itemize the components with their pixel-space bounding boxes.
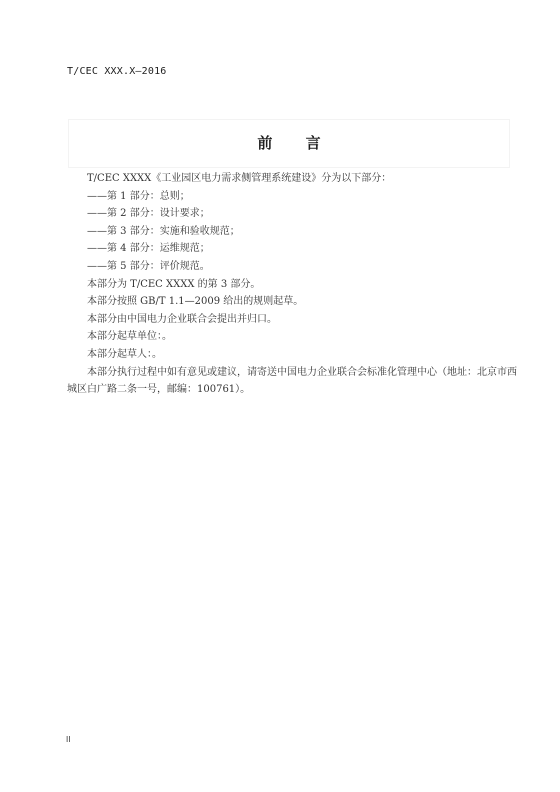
title-box: 前 言	[68, 119, 510, 168]
page-title: 前 言	[69, 132, 509, 153]
paragraph-drafters: 本部分起草人：。	[67, 346, 517, 364]
list-item-part-3: ——第 3 部分：实施和验收规范；	[67, 223, 517, 241]
document-code-header: T/CEC XXX.X—2016	[67, 66, 167, 77]
list-item-part-2: ——第 2 部分：设计要求；	[67, 205, 517, 223]
paragraph-part-statement: 本部分为 T/CEC XXXX 的第 3 部分。	[67, 276, 517, 294]
paragraph-drafting-unit: 本部分起草单位：。	[67, 328, 517, 346]
foreword-body: T/CEC XXXX《工业园区电力需求侧管理系统建设》分为以下部分： ——第 1…	[67, 170, 517, 399]
paragraph-proposer: 本部分由中国电力企业联合会提出并归口。	[67, 311, 517, 329]
paragraph-intro: T/CEC XXXX《工业园区电力需求侧管理系统建设》分为以下部分：	[67, 170, 517, 188]
paragraph-feedback: 本部分执行过程中如有意见或建议，请寄送中国电力企业联合会标准化管理中心（地址：北…	[67, 364, 517, 399]
paragraph-drafting-rules: 本部分按照 GB/T 1.1—2009 给出的规则起草。	[67, 293, 517, 311]
list-item-part-5: ——第 5 部分：评价规范。	[67, 258, 517, 276]
page-number: II	[66, 735, 70, 744]
list-item-part-1: ——第 1 部分：总则；	[67, 188, 517, 206]
list-item-part-4: ——第 4 部分：运维规范；	[67, 240, 517, 258]
